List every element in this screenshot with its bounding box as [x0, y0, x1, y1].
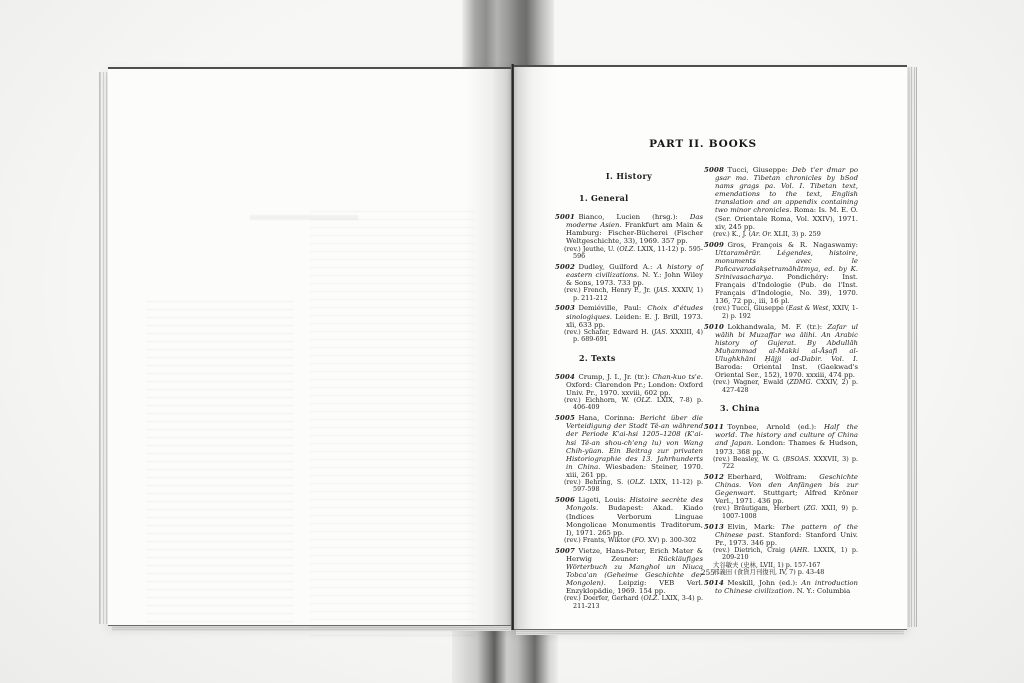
body-text: Ligeti, Louis: [578, 496, 629, 504]
bib-entry-5004: 5004 Crump, J. I., Jr. (tr.): Chan-kuo t… [555, 373, 703, 412]
entry-body: 5006 Ligeti, Louis: Histoire secrète des… [555, 496, 703, 536]
body-text: Gros, François & R. Nagaswamy: [727, 241, 858, 249]
section-heading: 2. Texts [555, 354, 703, 362]
entry-body: 5001 Bianco, Lucien (hrsg.): Das moderne… [555, 213, 703, 245]
title-text: OLZ. [643, 594, 659, 602]
entry-number: 5004 [555, 373, 575, 381]
body-text: Elvin, Mark: [727, 523, 781, 531]
show-through-heading [250, 215, 358, 220]
review-citation: 邢義田 (食貨月刊復刊, IV, 7) p. 43-48 [704, 569, 858, 576]
body-text: Crump, J. I., Jr. (tr.): [578, 373, 652, 381]
entry-body: 5004 Crump, J. I., Jr. (tr.): Chan-kuo t… [555, 373, 703, 397]
title-text: OLZ. [636, 396, 652, 404]
entry-body: 5005 Hana, Corinna: Bericht über die Ver… [555, 414, 703, 479]
page-edges-right [907, 67, 917, 627]
entry-body: 5012 Eberhard, Wolfram: Geschichte China… [704, 473, 858, 505]
title-text: AHR. [792, 546, 809, 554]
entry-body: 5003 Demiéville, Paul: Choix d'études si… [555, 304, 703, 328]
bib-entry-5001: 5001 Bianco, Lucien (hrsg.): Das moderne… [555, 213, 703, 260]
bibliography-column-left: I. History1. General5001 Bianco, Lucien … [555, 170, 703, 613]
bib-entry-5006: 5006 Ligeti, Louis: Histoire secrète des… [555, 496, 703, 544]
entry-number: 5010 [704, 323, 724, 331]
review-citation: (rev.) Frants, Wiktor (FO. XV) p. 300-30… [555, 537, 703, 544]
title-text: ZG. [806, 504, 817, 512]
book-spine-gutter [511, 64, 514, 630]
show-through-text [146, 301, 294, 627]
review-citation: (rev.) Doerfer, Gerhard (OLZ. LXIX, 3-4)… [555, 595, 703, 610]
review-citation: (rev.) Behring, S. (OLZ. LXIX, 11-12) p.… [555, 479, 703, 494]
bib-entry-5002: 5002 Dudley, Guilford A.: A history of e… [555, 263, 703, 302]
entry-number: 5007 [555, 547, 575, 555]
body-text: Oxford: Clarendon Pr.; London: Oxford Un… [566, 381, 703, 397]
review-citation: (rev.) Dietrich, Craig (AHR. LXXIX, 1) p… [704, 547, 858, 562]
entry-number: 5003 [555, 304, 575, 312]
body-text: 邢義田 (食貨月刊復刊, IV, 7) p. 43-48 [713, 568, 824, 576]
review-citation: (rev.) Tucci, Giuseppe (East & West, XXI… [704, 305, 858, 320]
entry-number: 5014 [704, 579, 724, 587]
entry-number: 5005 [555, 414, 575, 422]
bib-entry-5003: 5003 Demiéville, Paul: Choix d'études si… [555, 304, 703, 343]
show-through-text [310, 211, 474, 639]
title-text: Chan-kuo ts'e. [652, 373, 703, 381]
review-citation: (rev.) Eichhorn, W. (OLZ. LXIX, 7-8) p. … [555, 397, 703, 412]
review-citation: (rev.) Wagner, Ewald (ZDMG. CXXIV, 2) p.… [704, 379, 858, 394]
bib-entry-5008: 5008 Tucci, Giuseppe: Deb t'er dmar po g… [704, 166, 858, 238]
bib-entry-5010: 5010 Lokhandwala, M. F. (tr.): Zafar ul … [704, 323, 858, 394]
title-text: OLZ. [630, 478, 646, 486]
title-text: FO. [634, 536, 645, 544]
body-text: XV) p. 300-302 [646, 536, 696, 544]
title-text: East & West [788, 304, 828, 312]
entry-body: 5011 Toynbee, Arnold (ed.): Half the wor… [704, 423, 858, 455]
entry-number: 5013 [704, 523, 724, 531]
entry-number: 5002 [555, 263, 575, 271]
entry-number: 5011 [704, 423, 724, 431]
entry-number: 5001 [555, 213, 575, 221]
entry-body: 5013 Elvin, Mark: The pattern of the Chi… [704, 523, 858, 547]
entry-body: 5014 Meskill, John (ed.): An introductio… [704, 579, 858, 595]
body-text: XLII, 3) p. 259 [772, 230, 821, 238]
review-citation: (rev.) French, Henry P., Jr. (JAS. XXXIV… [555, 287, 703, 302]
right-page: PART II. BOOKS I. History1. General5001 … [513, 65, 907, 630]
section-heading: 1. General [555, 194, 703, 202]
body-text: Tucci, Giuseppe: [727, 166, 792, 174]
body-text: Meskill, John (ed.): [727, 579, 801, 587]
entry-number: 5008 [704, 166, 724, 174]
entry-body: 5007 Vietze, Hans-Peter, Erich Mater & H… [555, 547, 703, 596]
part-heading: I. History [555, 172, 703, 180]
bib-entry-5014: 5014 Meskill, John (ed.): An introductio… [704, 579, 858, 595]
entry-number: 5012 [704, 473, 724, 481]
entry-body: 5002 Dudley, Guilford A.: A history of e… [555, 263, 703, 287]
bib-entry-5007: 5007 Vietze, Hans-Peter, Erich Mater & H… [555, 547, 703, 610]
title-text: ZDMG. [789, 378, 812, 386]
book-binding-top [462, 0, 554, 68]
review-citation: (rev.) Jeuthe, U. (OLZ. LXIX, 11-12) p. … [555, 246, 703, 261]
review-citation: (rev.) Schafer, Edward H. (JAS. XXXIII, … [555, 329, 703, 344]
page-edges-bottom-right [516, 630, 904, 635]
review-citation: (rev.) K., J. (Ar. Or. XLII, 3) p. 259 [704, 231, 858, 238]
body-text: N. Y.: Columbia [794, 587, 850, 595]
page-number: 255 [701, 568, 715, 577]
body-text: (rev.) K., J. ( [713, 230, 751, 238]
body-text: Bianco, Lucien (hrsg.): [578, 213, 689, 221]
title-text: Ar. Or. [751, 230, 772, 238]
entry-body: 5009 Gros, François & R. Nagaswamy: Utta… [704, 241, 858, 306]
left-page-blank [108, 67, 513, 626]
entry-number: 5006 [555, 496, 575, 504]
bib-entry-5013: 5013 Elvin, Mark: The pattern of the Chi… [704, 523, 858, 577]
body-text: Eberhard, Wolfram: [727, 473, 819, 481]
photo-scene: PART II. BOOKS I. History1. General5001 … [0, 0, 1024, 683]
entry-body: 5008 Tucci, Giuseppe: Deb t'er dmar po g… [704, 166, 858, 231]
section-heading: 3. China [704, 404, 858, 412]
bib-entry-5012: 5012 Eberhard, Wolfram: Geschichte China… [704, 473, 858, 520]
body-text: Lokhandwala, M. F. (tr.): [727, 323, 827, 331]
body-text: Hana, Corinna: [578, 414, 640, 422]
review-citation: (rev.) Beasley, W. G. (BSOAS. XXXVII, 3)… [704, 456, 858, 471]
body-text: Toynbee, Arnold (ed.): [727, 423, 824, 431]
entry-body: 5010 Lokhandwala, M. F. (tr.): Zafar ul … [704, 323, 858, 380]
bib-entry-5011: 5011 Toynbee, Arnold (ed.): Half the wor… [704, 423, 858, 470]
bib-entry-5009: 5009 Gros, François & R. Nagaswamy: Utta… [704, 241, 858, 321]
title-text: OLZ. [619, 245, 635, 253]
entry-number: 5009 [704, 241, 724, 249]
body-text: (rev.) Frants, Wiktor ( [564, 536, 634, 544]
page-header: PART II. BOOKS [513, 138, 893, 150]
bib-entry-5005: 5005 Hana, Corinna: Bericht über die Ver… [555, 414, 703, 494]
title-text: JAS. [654, 328, 667, 336]
body-text: Dudley, Guilford A.: [578, 263, 657, 271]
title-text: BSOAS. [785, 455, 810, 463]
bibliography-column-right: 5008 Tucci, Giuseppe: Deb t'er dmar po g… [704, 166, 858, 598]
body-text: Baroda: Oriental Inst. (Gaekwad's Orient… [715, 363, 858, 379]
body-text: Demiéville, Paul: [578, 304, 647, 312]
page-edges-bottom-left [112, 626, 511, 631]
title-text: JAS. [656, 286, 669, 294]
review-citation: (rev.) Bräutigam, Herbert (ZG. XXII, 9) … [704, 505, 858, 520]
